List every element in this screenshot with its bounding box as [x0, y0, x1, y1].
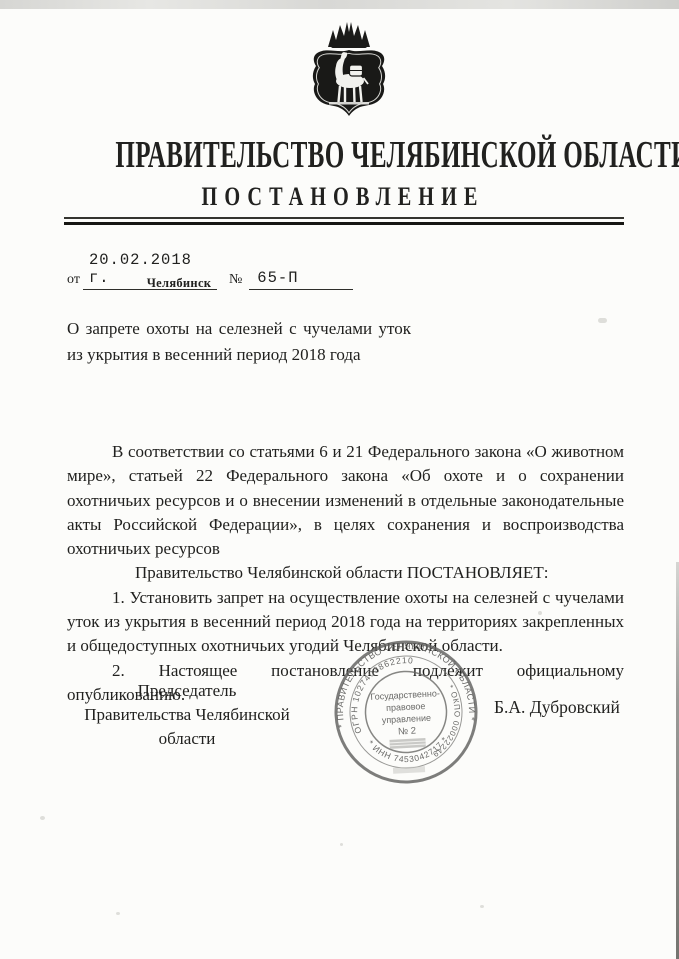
city-label: Челябинск	[144, 276, 214, 291]
number-label: №	[229, 272, 242, 290]
stamp-hatch-box	[389, 738, 425, 749]
intro-paragraph: В соответствии со статьями 6 и 21 Федера…	[67, 440, 624, 561]
date-label: от	[67, 272, 80, 290]
number-value: 65-П	[249, 269, 353, 290]
stamp-center-line1: Государственно-	[370, 688, 440, 702]
signer-position: Председатель Правительства Челябинской о…	[67, 679, 307, 751]
coat-of-arms-icon	[302, 20, 396, 118]
stamp-center-line4: № 2	[398, 726, 417, 738]
scan-speck	[480, 905, 484, 908]
subject-text: О запрете охоты на селезней с чучелами у…	[67, 316, 411, 367]
resolution-line: Правительство Челябинской области ПОСТАН…	[67, 561, 624, 585]
stamp-center-line3: управление	[382, 713, 432, 726]
signer-position-line2: Правительства Челябинской области	[67, 703, 307, 751]
scanned-document-page: ПРАВИТЕЛЬСТВО ЧЕЛЯБИНСКОЙ ОБЛАСТИ ПОСТАН…	[0, 0, 679, 959]
document-type-title: ПОСТАНОВЛЕНИЕ	[75, 185, 605, 209]
scan-speck	[116, 912, 120, 915]
scan-speck	[598, 318, 607, 323]
signer-name: Б.А. Дубровский	[494, 697, 620, 718]
stamp-center-line2: правовое	[386, 701, 426, 713]
org-name-title: ПРАВИТЕЛЬСТВО ЧЕЛЯБИНСКОЙ ОБЛАСТИ	[115, 138, 563, 172]
signer-position-line1: Председатель	[67, 679, 307, 703]
scan-artifact-top-band	[0, 0, 679, 9]
scan-speck	[340, 843, 343, 846]
header-divider	[64, 217, 624, 225]
official-stamp-icon: * ПРАВИТЕЛЬСТВО ЧЕЛЯБИНСКОЙ ОБЛАСТИ * ОГ…	[326, 632, 486, 792]
scan-speck	[40, 816, 45, 820]
